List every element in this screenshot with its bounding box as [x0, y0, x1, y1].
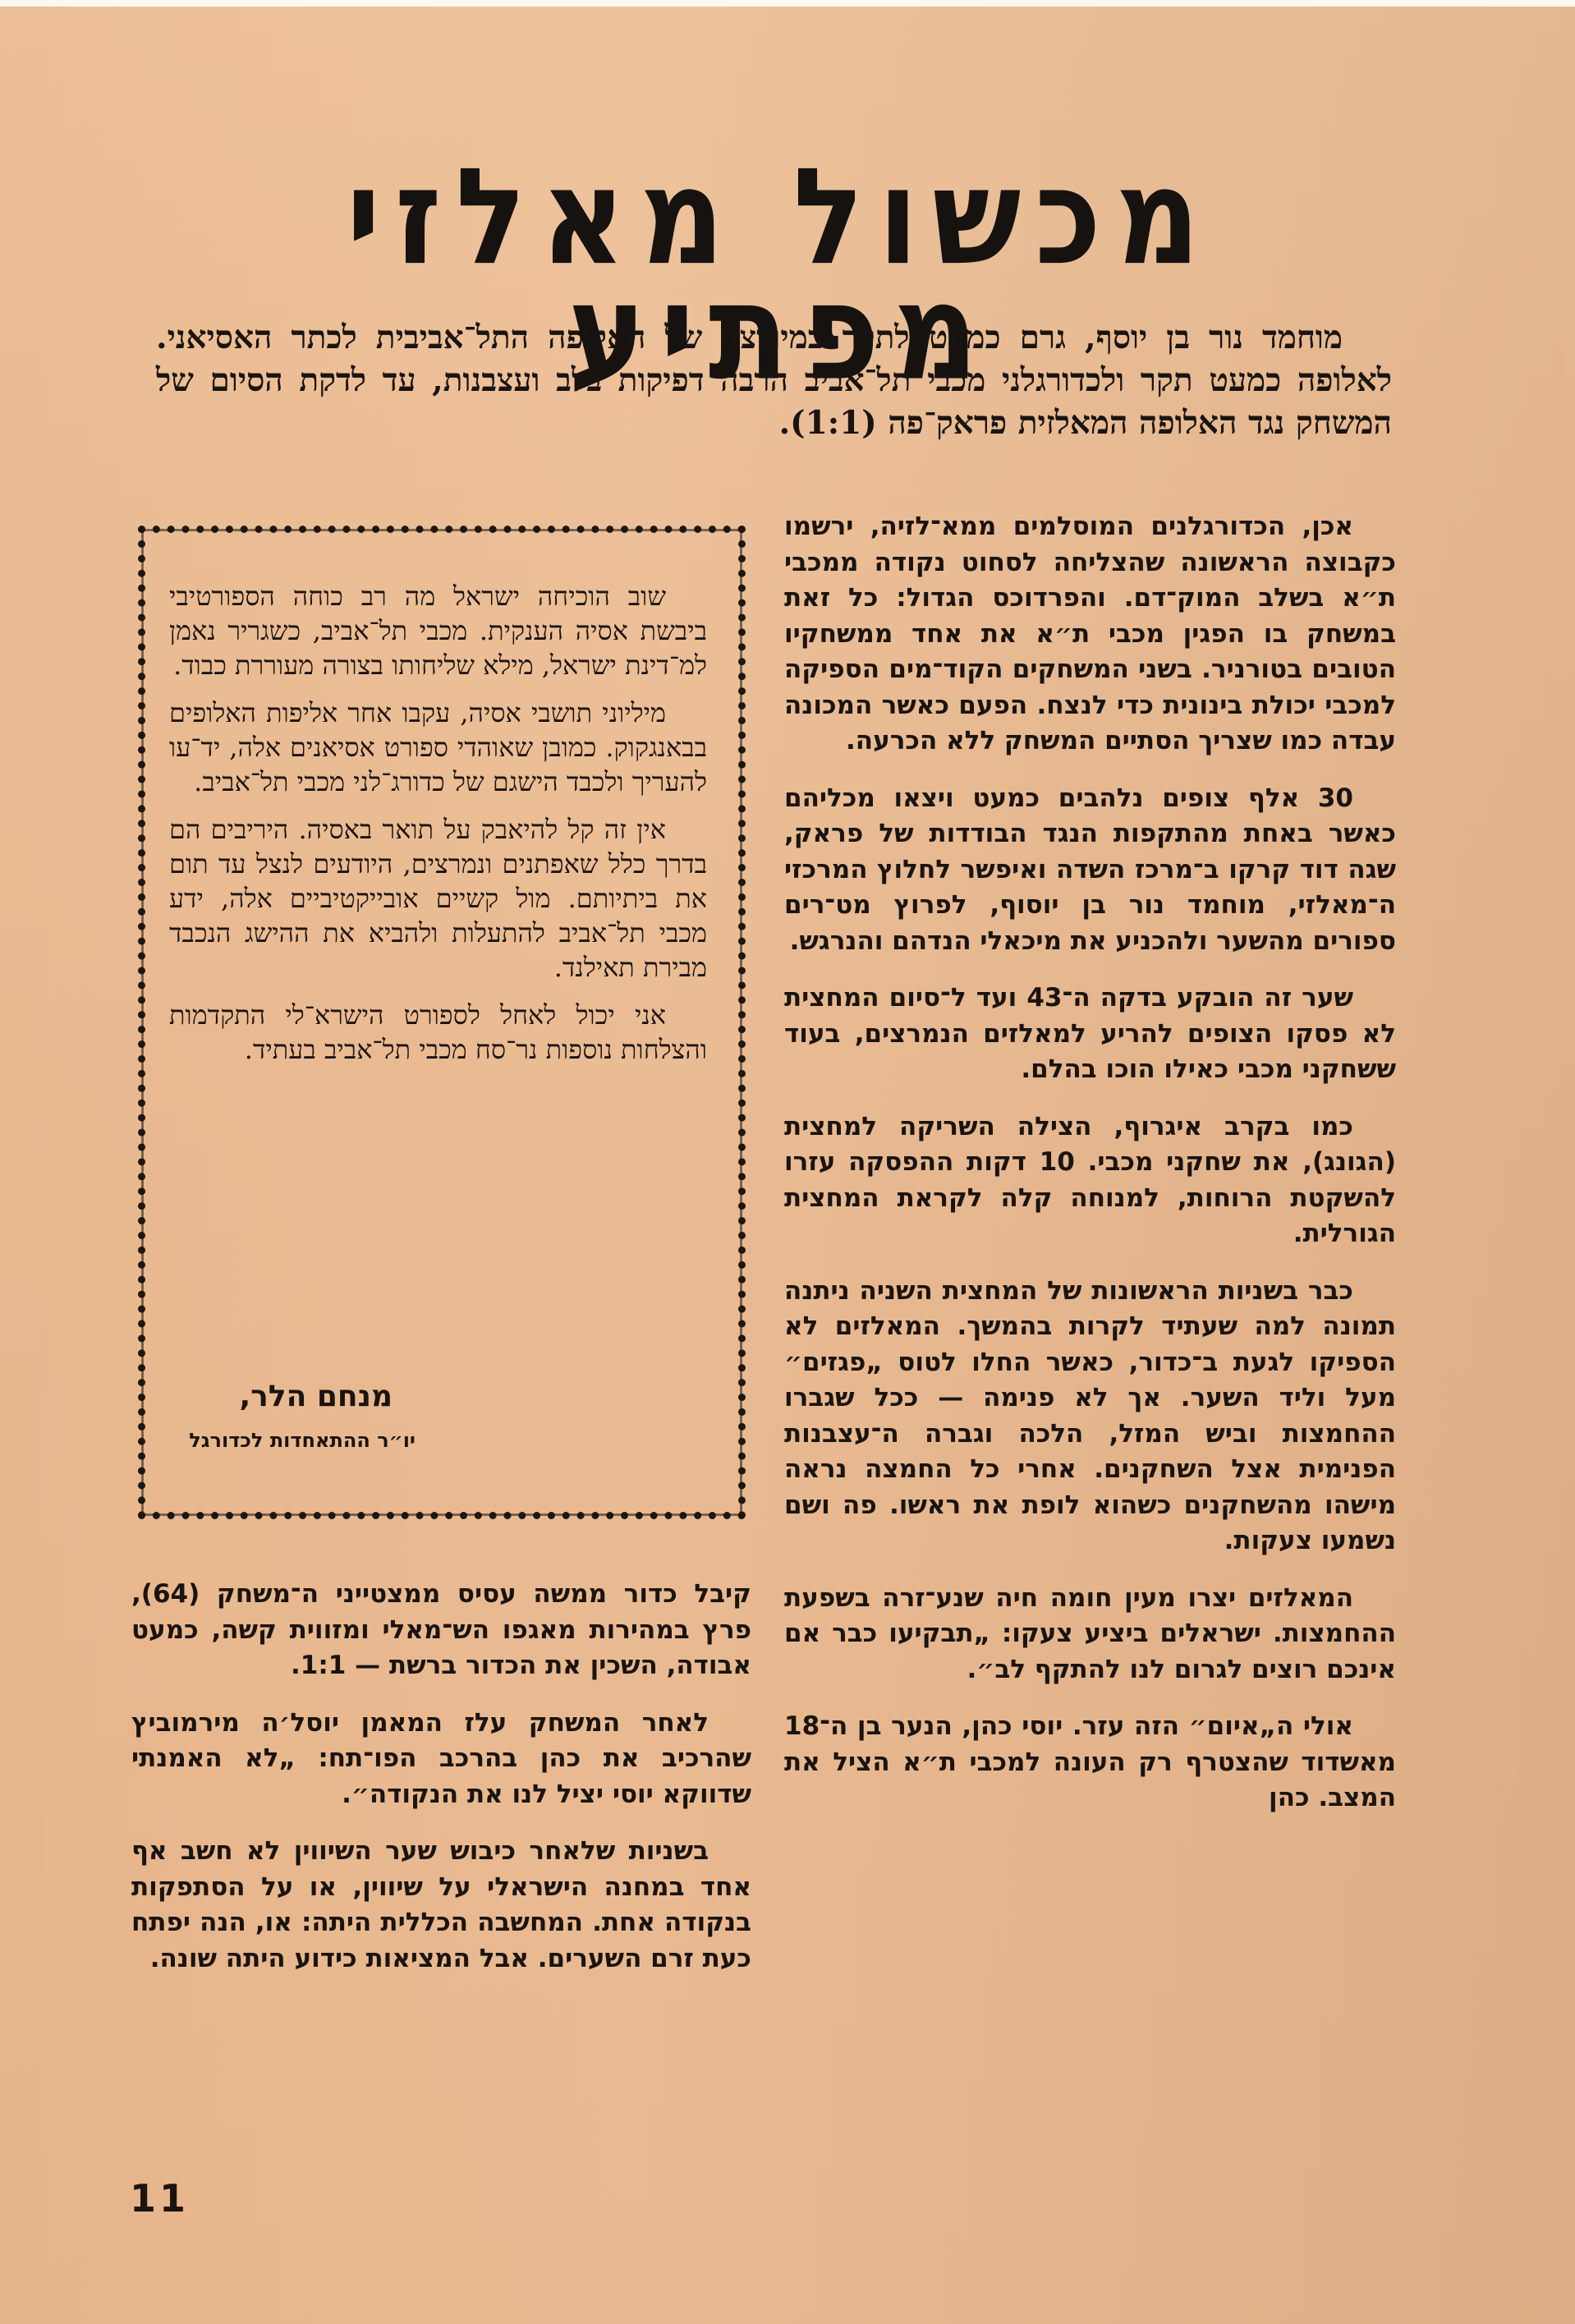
statement-paragraph: אין זה קל להיאבק על תואר באסיה. היריבים …	[169, 812, 707, 985]
statement-paragraph: מיליוני תושבי אסיה, עקבו אחר אליפות האלו…	[169, 696, 707, 799]
statement-text: שוב הוכיחה ישראל מה רב כוחה הספורטיבי בי…	[169, 579, 707, 1080]
page-number: 11	[130, 2176, 189, 2221]
body-paragraph: שער זה הובקע בדקה ה־43 ועד ל־סיום המחצית…	[784, 981, 1396, 1088]
body-paragraph: אולי ה„איום״ הזה עזר. יוסי כהן, הנער בן …	[784, 1709, 1396, 1816]
left-column-bottom: קיבל כדור ממשה עסיס ממצטייני ה־משחק (64)…	[131, 1577, 751, 1998]
article-lead: מוחמד נור בן יוסף, גרם כמעט לתקר במירוצה…	[156, 316, 1392, 444]
scan-edge	[0, 0, 1575, 7]
boxed-statement: שוב הוכיחה ישראל מה רב כוחה הספורטיבי בי…	[138, 526, 746, 1519]
body-paragraph: המאלזים יצרו מעין חומה חיה שנע־זרה בשפעת…	[784, 1581, 1396, 1688]
body-paragraph: לאחר המשחק עלז המאמן יוסל׳ה מירמוביץ שהר…	[131, 1706, 751, 1813]
article-headline: מכשול מאלזי מפתיע	[218, 160, 1342, 275]
statement-paragraph: אני יכול לאחל לספורט הישרא־לי התקדמות וה…	[169, 998, 707, 1067]
body-paragraph: כבר בשניות הראשונות של המחצית השניה ניתנ…	[784, 1274, 1396, 1559]
statement-paragraph: שוב הוכיחה ישראל מה רב כוחה הספורטיבי בי…	[169, 579, 707, 682]
body-paragraph: כמו בקרב איגרוף, הצילה השריקה למחצית (הג…	[784, 1109, 1396, 1252]
body-paragraph: בשניות שלאחר כיבוש שער השיווין לא חשב אף…	[131, 1834, 751, 1977]
signature-name: מנחם הלר,	[179, 1380, 393, 1413]
body-paragraph: קיבל כדור ממשה עסיס ממצטייני ה־משחק (64)…	[131, 1577, 751, 1684]
lead-paragraph: מוחמד נור בן יוסף, גרם כמעט לתקר במירוצה…	[156, 316, 1392, 444]
body-paragraph: אכן, הכדורגלנים המוסלמים ממא־לזיה, ירשמו…	[784, 509, 1396, 760]
magazine-page: מכשול מאלזי מפתיע מוחמד נור בן יוסף, גרם…	[0, 0, 1575, 2324]
right-column: אכן, הכדורגלנים המוסלמים ממא־לזיה, ירשמו…	[784, 509, 1396, 1838]
signature-title: יו״ר ההתאחדות לכדורגל	[169, 1429, 416, 1452]
body-paragraph: 30 אלף צופים נלהבים כמעט ויצאו מכליהם כא…	[784, 781, 1396, 960]
